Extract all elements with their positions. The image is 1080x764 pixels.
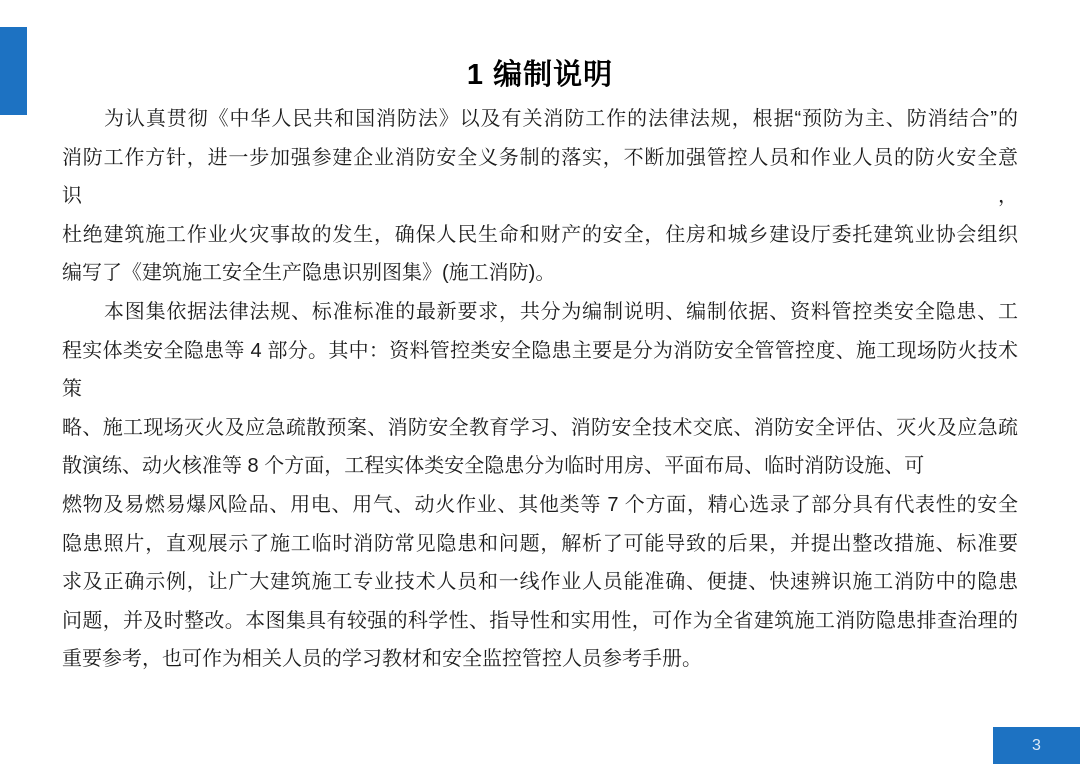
page-title: 1 编制说明	[0, 52, 1080, 93]
text-line: 消防工作方针，进一步加强参建企业消防安全义务制的落实，不断加强管控人员和作业人员…	[62, 139, 1018, 216]
text-line: 略、施工现场灭火及应急疏散预案、消防安全教育学习、消防安全技术交底、消防安全评估…	[62, 409, 1018, 448]
text-line: 杜绝建筑施工作业火灾事故的发生，确保人民生命和财产的安全，住房和城乡建设厅委托建…	[62, 216, 1018, 255]
slide: { "slide": { "accent_color": "#1d72c2", …	[0, 0, 1080, 764]
slide-body-text: 为认真贯彻《中华人民共和国消防法》以及有关消防工作的法律法规，根据“预防为主、防…	[62, 100, 1018, 679]
text-line: 重要参考，也可作为相关人员的学习教材和安全监控管控人员参考手册。	[62, 640, 1018, 679]
text-line: 燃物及易燃易爆风险品、用电、用气、动火作业、其他类等 7 个方面，精心选录了部分…	[62, 486, 1018, 525]
text-line: 为认真贯彻《中华人民共和国消防法》以及有关消防工作的法律法规，根据“预防为主、防…	[62, 100, 1018, 139]
text-line: 隐患照片，直观展示了施工临时消防常见隐患和问题，解析了可能导致的后果，并提出整改…	[62, 525, 1018, 564]
paragraph: 为认真贯彻《中华人民共和国消防法》以及有关消防工作的法律法规，根据“预防为主、防…	[62, 100, 1018, 293]
page-number-badge: 3	[993, 727, 1080, 764]
text-line: 求及正确示例，让广大建筑施工专业技术人员和一线作业人员能准确、便捷、快速辨识施工…	[62, 563, 1018, 602]
text-line: 程实体类安全隐患等 4 部分。其中：资料管控类安全隐患主要是分为消防安全管管控度…	[62, 332, 1018, 409]
paragraph: 本图集依据法律法规、标准标准的最新要求，共分为编制说明、编制依据、资料管控类安全…	[62, 293, 1018, 679]
page-number: 3	[1032, 737, 1041, 755]
text-line: 本图集依据法律法规、标准标准的最新要求，共分为编制说明、编制依据、资料管控类安全…	[62, 293, 1018, 332]
text-line: 编写了《建筑施工安全生产隐患识别图集》(施工消防)。	[62, 254, 1018, 293]
text-line: 散演练、动火核准等 8 个方面，工程实体类安全隐患分为临时用房、平面布局、临时消…	[62, 447, 1018, 486]
text-line: 问题，并及时整改。本图集具有较强的科学性、指导性和实用性，可作为全省建筑施工消防…	[62, 602, 1018, 641]
